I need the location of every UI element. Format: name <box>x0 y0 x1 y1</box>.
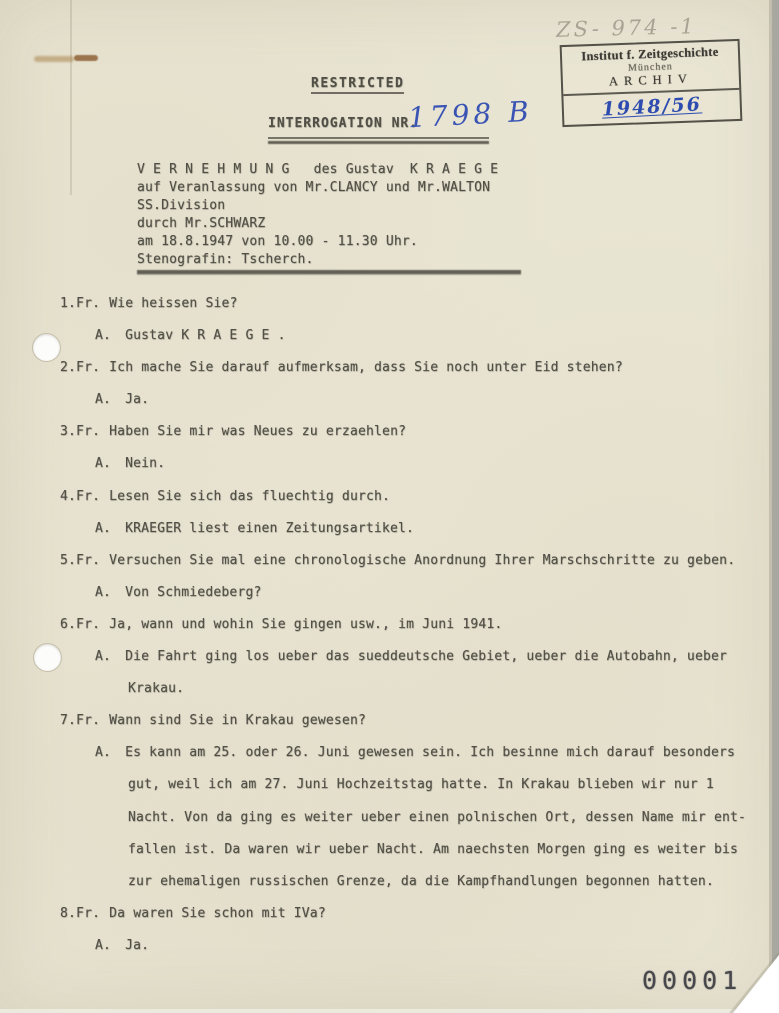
page-number-stamp: 00001 <box>642 966 742 995</box>
title-underline <box>268 141 489 144</box>
qa-text: gut, weil ich am 27. Juni Hochzeitstag h… <box>128 777 714 792</box>
interrogation-number-handwritten: 1798 B <box>407 95 533 134</box>
scan-edge-bottom <box>0 1009 779 1013</box>
punch-hole-top <box>33 334 60 361</box>
archive-stamp: Institut f. Zeitgeschichte München ARCHI… <box>560 39 743 127</box>
qa-text: Ja. <box>125 938 149 953</box>
rust-stain <box>34 56 74 62</box>
header-line: am 18.8.1947 von 10.00 - 11.30 Uhr. <box>137 233 498 251</box>
qa-label: A. <box>95 456 111 471</box>
qa-answer-line: A.Gustav K R A E G E . <box>60 328 760 360</box>
qa-answer-line: A.Nein. <box>60 456 760 488</box>
qa-text: Haben Sie mir was Neues zu erzaehlen? <box>109 424 406 439</box>
qa-label: 1.Fr. <box>60 296 100 311</box>
qa-label: 6.Fr. <box>60 617 100 632</box>
header-line: auf Veranlassung von Mr.CLANCY und Mr.WA… <box>137 179 498 197</box>
qa-label: A. <box>95 392 111 407</box>
qa-answer-line: A.Von Schmiedeberg? <box>60 585 760 617</box>
qa-label: A. <box>95 649 111 664</box>
qa-answer-line: A.Es kann am 25. oder 26. Juni gewesen s… <box>60 745 760 777</box>
qa-label: 8.Fr. <box>60 906 100 921</box>
qa-label: A. <box>95 585 111 600</box>
qa-text: Ja, wann und wohin Sie gingen usw., im J… <box>109 617 502 632</box>
qa-question-line: 5.Fr.Versuchen Sie mal eine chronologisc… <box>60 553 760 585</box>
classification-marking: RESTRICTED <box>311 76 404 94</box>
qa-text: Krakau. <box>128 681 184 696</box>
qa-label: 5.Fr. <box>60 553 100 568</box>
qa-text: KRAEGER liest einen Zeitungsartikel. <box>125 521 414 536</box>
qa-continuation-line: gut, weil ich am 27. Juni Hochzeitstag h… <box>60 777 760 809</box>
qa-question-line: 3.Fr.Haben Sie mir was Neues zu erzaehle… <box>60 424 760 456</box>
header-line: V E R N E H M U N G des Gustav K R A E G… <box>137 161 498 179</box>
qa-question-line: 2.Fr.Ich mache Sie darauf aufmerksam, da… <box>60 360 760 392</box>
qa-answer-line: A.KRAEGER liest einen Zeitungsartikel. <box>60 521 760 553</box>
header-line: Stenografin: Tscherch. <box>137 251 498 269</box>
qa-continuation-line: Nacht. Von da ging es weiter ueber einen… <box>60 810 760 842</box>
qa-text: Ja. <box>125 392 149 407</box>
qa-text: Es kann am 25. oder 26. Juni gewesen sei… <box>125 745 735 760</box>
qa-text: Die Fahrt ging los ueber das sueddeutsch… <box>125 649 727 664</box>
qa-text: Von Schmiedeberg? <box>125 585 261 600</box>
qa-text: Nein. <box>125 456 165 471</box>
qa-label: A. <box>95 745 111 760</box>
qa-label: A. <box>95 328 111 343</box>
qa-text: Nacht. Von da ging es weiter ueber einen… <box>128 810 746 825</box>
interrogation-title: INTERROGATION NR. <box>268 116 418 131</box>
header-line: durch Mr.SCHWARZ <box>137 215 498 233</box>
qa-text: Gustav K R A E G E . <box>125 328 286 343</box>
pencil-archive-note: ZS- 974 -1 <box>556 14 697 42</box>
qa-label: 4.Fr. <box>60 489 100 504</box>
qa-continuation-line: zur ehemaligen russischen Grenze, da die… <box>60 874 760 906</box>
qa-question-line: 8.Fr.Da waren Sie schon mit IVa? <box>60 906 760 938</box>
title-underline <box>268 137 489 139</box>
qa-text: fallen ist. Da waren wir ueber Nacht. Am… <box>128 842 738 857</box>
qa-text: Wie heissen Sie? <box>109 296 237 311</box>
qa-question-line: 7.Fr.Wann sind Sie in Krakau gewesen? <box>60 713 760 745</box>
rust-stain <box>74 55 98 61</box>
qa-label: 2.Fr. <box>60 360 100 375</box>
header-rule <box>137 270 521 274</box>
qa-text: Versuchen Sie mal eine chronologische An… <box>109 553 735 568</box>
qa-question-line: 1.Fr.Wie heissen Sie? <box>60 296 760 328</box>
folded-corner <box>733 955 779 1013</box>
qa-text: zur ehemaligen russischen Grenze, da die… <box>128 874 714 889</box>
header-line: SS.Division <box>137 197 498 215</box>
punch-hole-bottom <box>34 644 61 671</box>
qa-answer-line: A.Ja. <box>60 392 760 424</box>
qa-continuation-line: Krakau. <box>60 681 760 713</box>
qa-label: A. <box>95 521 111 536</box>
qa-text: Lesen Sie sich das fluechtig durch. <box>109 489 390 504</box>
paper-crease <box>70 0 72 195</box>
qa-text: Ich mache Sie darauf aufmerksam, dass Si… <box>109 360 623 375</box>
scan-edge-right <box>772 0 779 1013</box>
qa-question-line: 6.Fr.Ja, wann und wohin Sie gingen usw.,… <box>60 617 760 649</box>
qa-label: 3.Fr. <box>60 424 100 439</box>
document-header-block: V E R N E H M U N G des Gustav K R A E G… <box>137 161 498 269</box>
scanned-document-page: ZS- 974 -1 Institut f. Zeitgeschichte Mü… <box>0 0 779 1013</box>
qa-continuation-line: fallen ist. Da waren wir ueber Nacht. Am… <box>60 842 760 874</box>
qa-label: 7.Fr. <box>60 713 100 728</box>
qa-block: 1.Fr.Wie heissen Sie?A.Gustav K R A E G … <box>60 296 760 970</box>
qa-text: Da waren Sie schon mit IVa? <box>109 906 326 921</box>
qa-text: Wann sind Sie in Krakau gewesen? <box>109 713 366 728</box>
qa-label: A. <box>95 938 111 953</box>
qa-answer-line: A.Die Fahrt ging los ueber das sueddeuts… <box>60 649 760 681</box>
qa-question-line: 4.Fr.Lesen Sie sich das fluechtig durch. <box>60 489 760 521</box>
